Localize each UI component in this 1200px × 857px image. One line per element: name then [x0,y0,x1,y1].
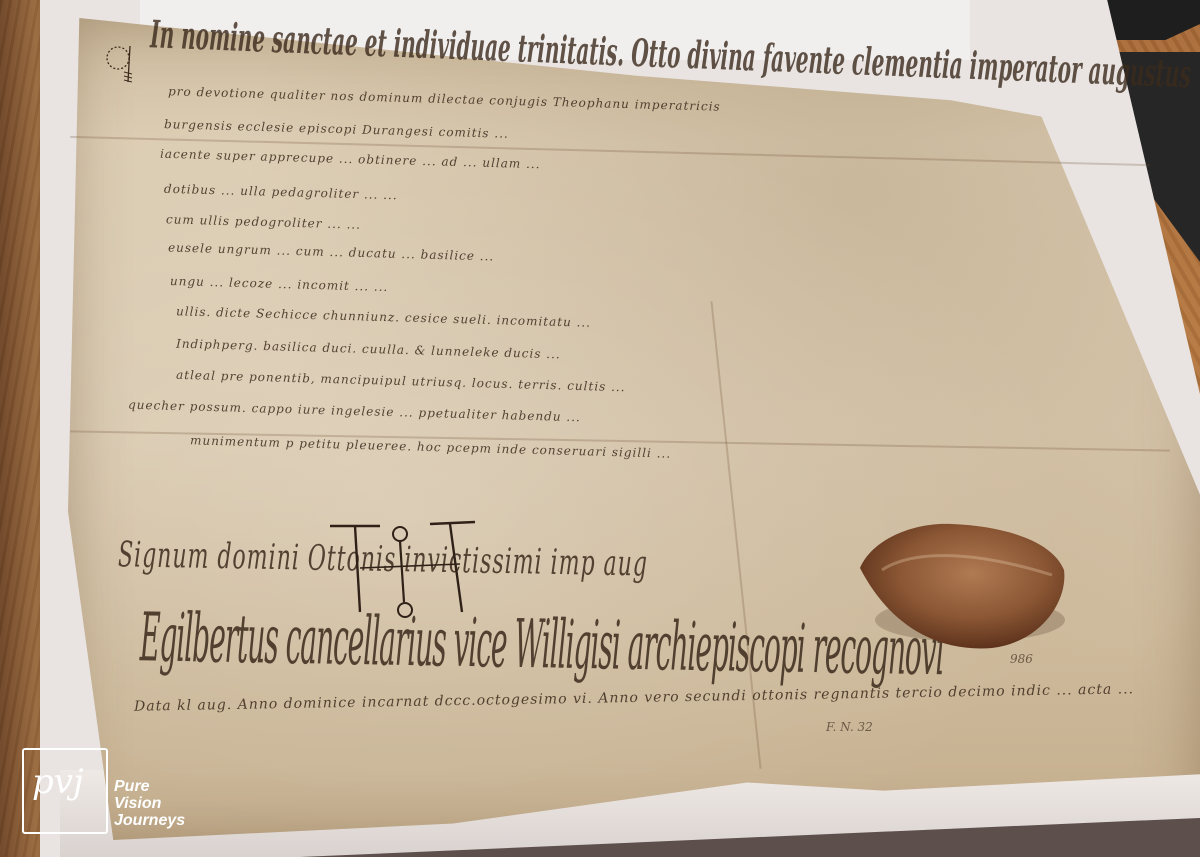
wax-seal [852,520,1072,655]
watermark-logo: pvj Pure Vision Journeys [22,748,232,838]
chrismon-icon [104,42,140,88]
year-annotation: 986 [1010,652,1033,666]
watermark-line-1: Pure [114,778,185,795]
recognition-line: Egilbertus cancellarius vice Willigisi a… [139,598,944,691]
watermark-line-3: Journeys [114,812,185,829]
watermark-line-2: Vision [114,795,185,812]
watermark-text: Pure Vision Journeys [114,778,185,829]
archive-mark: F. N. 32 [826,720,873,734]
watermark-monogram: pvj [32,762,84,802]
